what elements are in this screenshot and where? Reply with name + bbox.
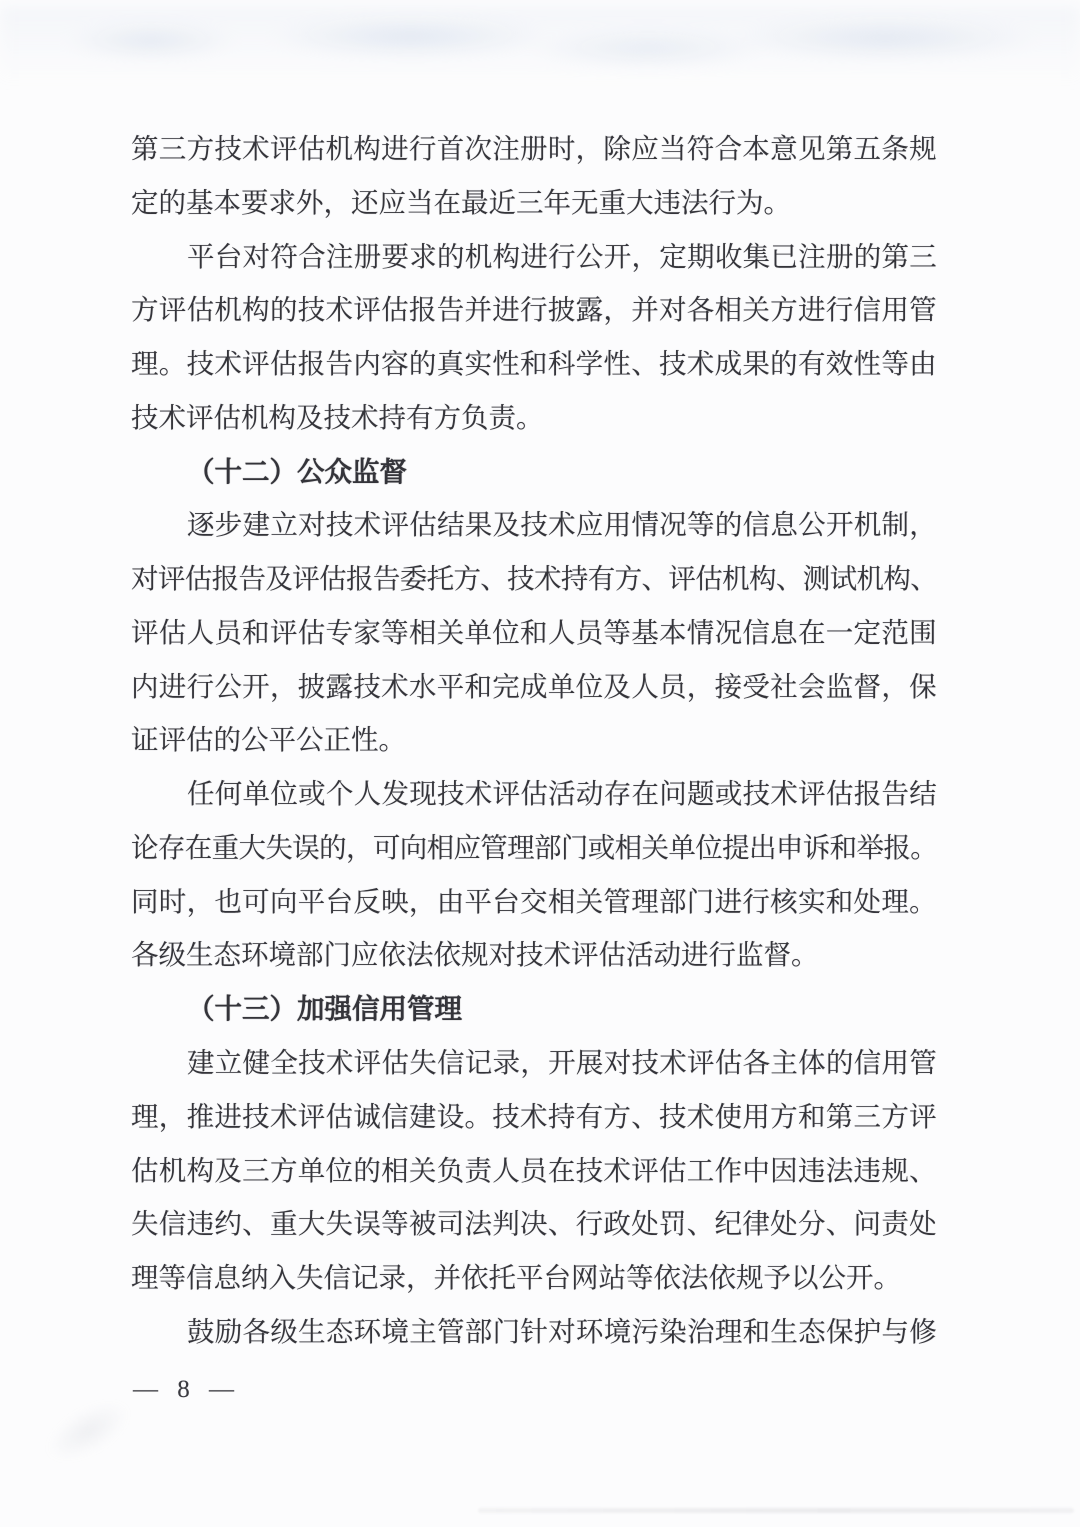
text-line: 对评估报告及评估报告委托方、技术持有方、评估机构、测试机构、 xyxy=(131,552,937,606)
text-line: 逐步建立对技术评估结果及技术应用情况等的信息公开机制， xyxy=(131,498,937,552)
text-line: 估机构及三方单位的相关负责人员在技术评估工作中因违法违规、 xyxy=(131,1144,937,1198)
text-line: 平台对符合注册要求的机构进行公开，定期收集已注册的第三 xyxy=(131,230,937,284)
text-line: 技术评估机构及技术持有方负责。 xyxy=(131,391,937,445)
text-line: 鼓励各级生态环境主管部门针对环境污染治理和生态保护与修 xyxy=(131,1305,937,1359)
scan-streak-artifact-bottom xyxy=(478,1508,1074,1513)
text-line: 理等信息纳入失信记录，并依托平台网站等依法依规予以公开。 xyxy=(131,1251,937,1305)
text-line: 建立健全技术评估失信记录，开展对技术评估各主体的信用管 xyxy=(131,1036,937,1090)
text-line: 理。技术评估报告内容的真实性和科学性、技术成果的有效性等由 xyxy=(131,337,937,391)
text-line: 第三方技术评估机构进行首次注册时，除应当符合本意见第五条规 xyxy=(131,122,937,176)
scanned-page: 第三方技术评估机构进行首次注册时，除应当符合本意见第五条规定的基本要求外，还应当… xyxy=(0,0,1080,1527)
text-line: 内进行公开，披露技术水平和完成单位及人员，接受社会监督，保 xyxy=(131,660,937,714)
text-line: 评估人员和评估专家等相关单位和人员等基本情况信息在一定范围 xyxy=(131,606,937,660)
section-heading: （十二）公众监督 xyxy=(131,445,937,499)
text-line: 论存在重大失误的，可向相应管理部门或相关单位提出申诉和举报。 xyxy=(131,821,937,875)
page-number: — 8 — xyxy=(133,1374,235,1406)
text-line: 理，推进技术评估诚信建设。技术持有方、技术使用方和第三方评 xyxy=(131,1090,937,1144)
text-line: 定的基本要求外，还应当在最近三年无重大违法行为。 xyxy=(131,176,937,230)
document-body: 第三方技术评估机构进行首次注册时，除应当符合本意见第五条规定的基本要求外，还应当… xyxy=(131,122,937,1359)
section-heading: （十三）加强信用管理 xyxy=(131,982,937,1036)
text-line: 失信违约、重大失误等被司法判决、行政处罚、纪律处分、问责处 xyxy=(131,1197,937,1251)
text-line: 任何单位或个人发现技术评估活动存在问题或技术评估报告结 xyxy=(131,767,937,821)
text-line: 各级生态环境部门应依法依规对技术评估活动进行监督。 xyxy=(131,928,937,982)
text-line: 证评估的公平公正性。 xyxy=(131,713,937,767)
text-line: 同时，也可向平台反映，由平台交相关管理部门进行核实和处理。 xyxy=(131,875,937,929)
text-line: 方评估机构的技术评估报告并进行披露，并对各相关方进行信用管 xyxy=(131,283,937,337)
scan-bleed-artifact-top xyxy=(0,6,1080,84)
